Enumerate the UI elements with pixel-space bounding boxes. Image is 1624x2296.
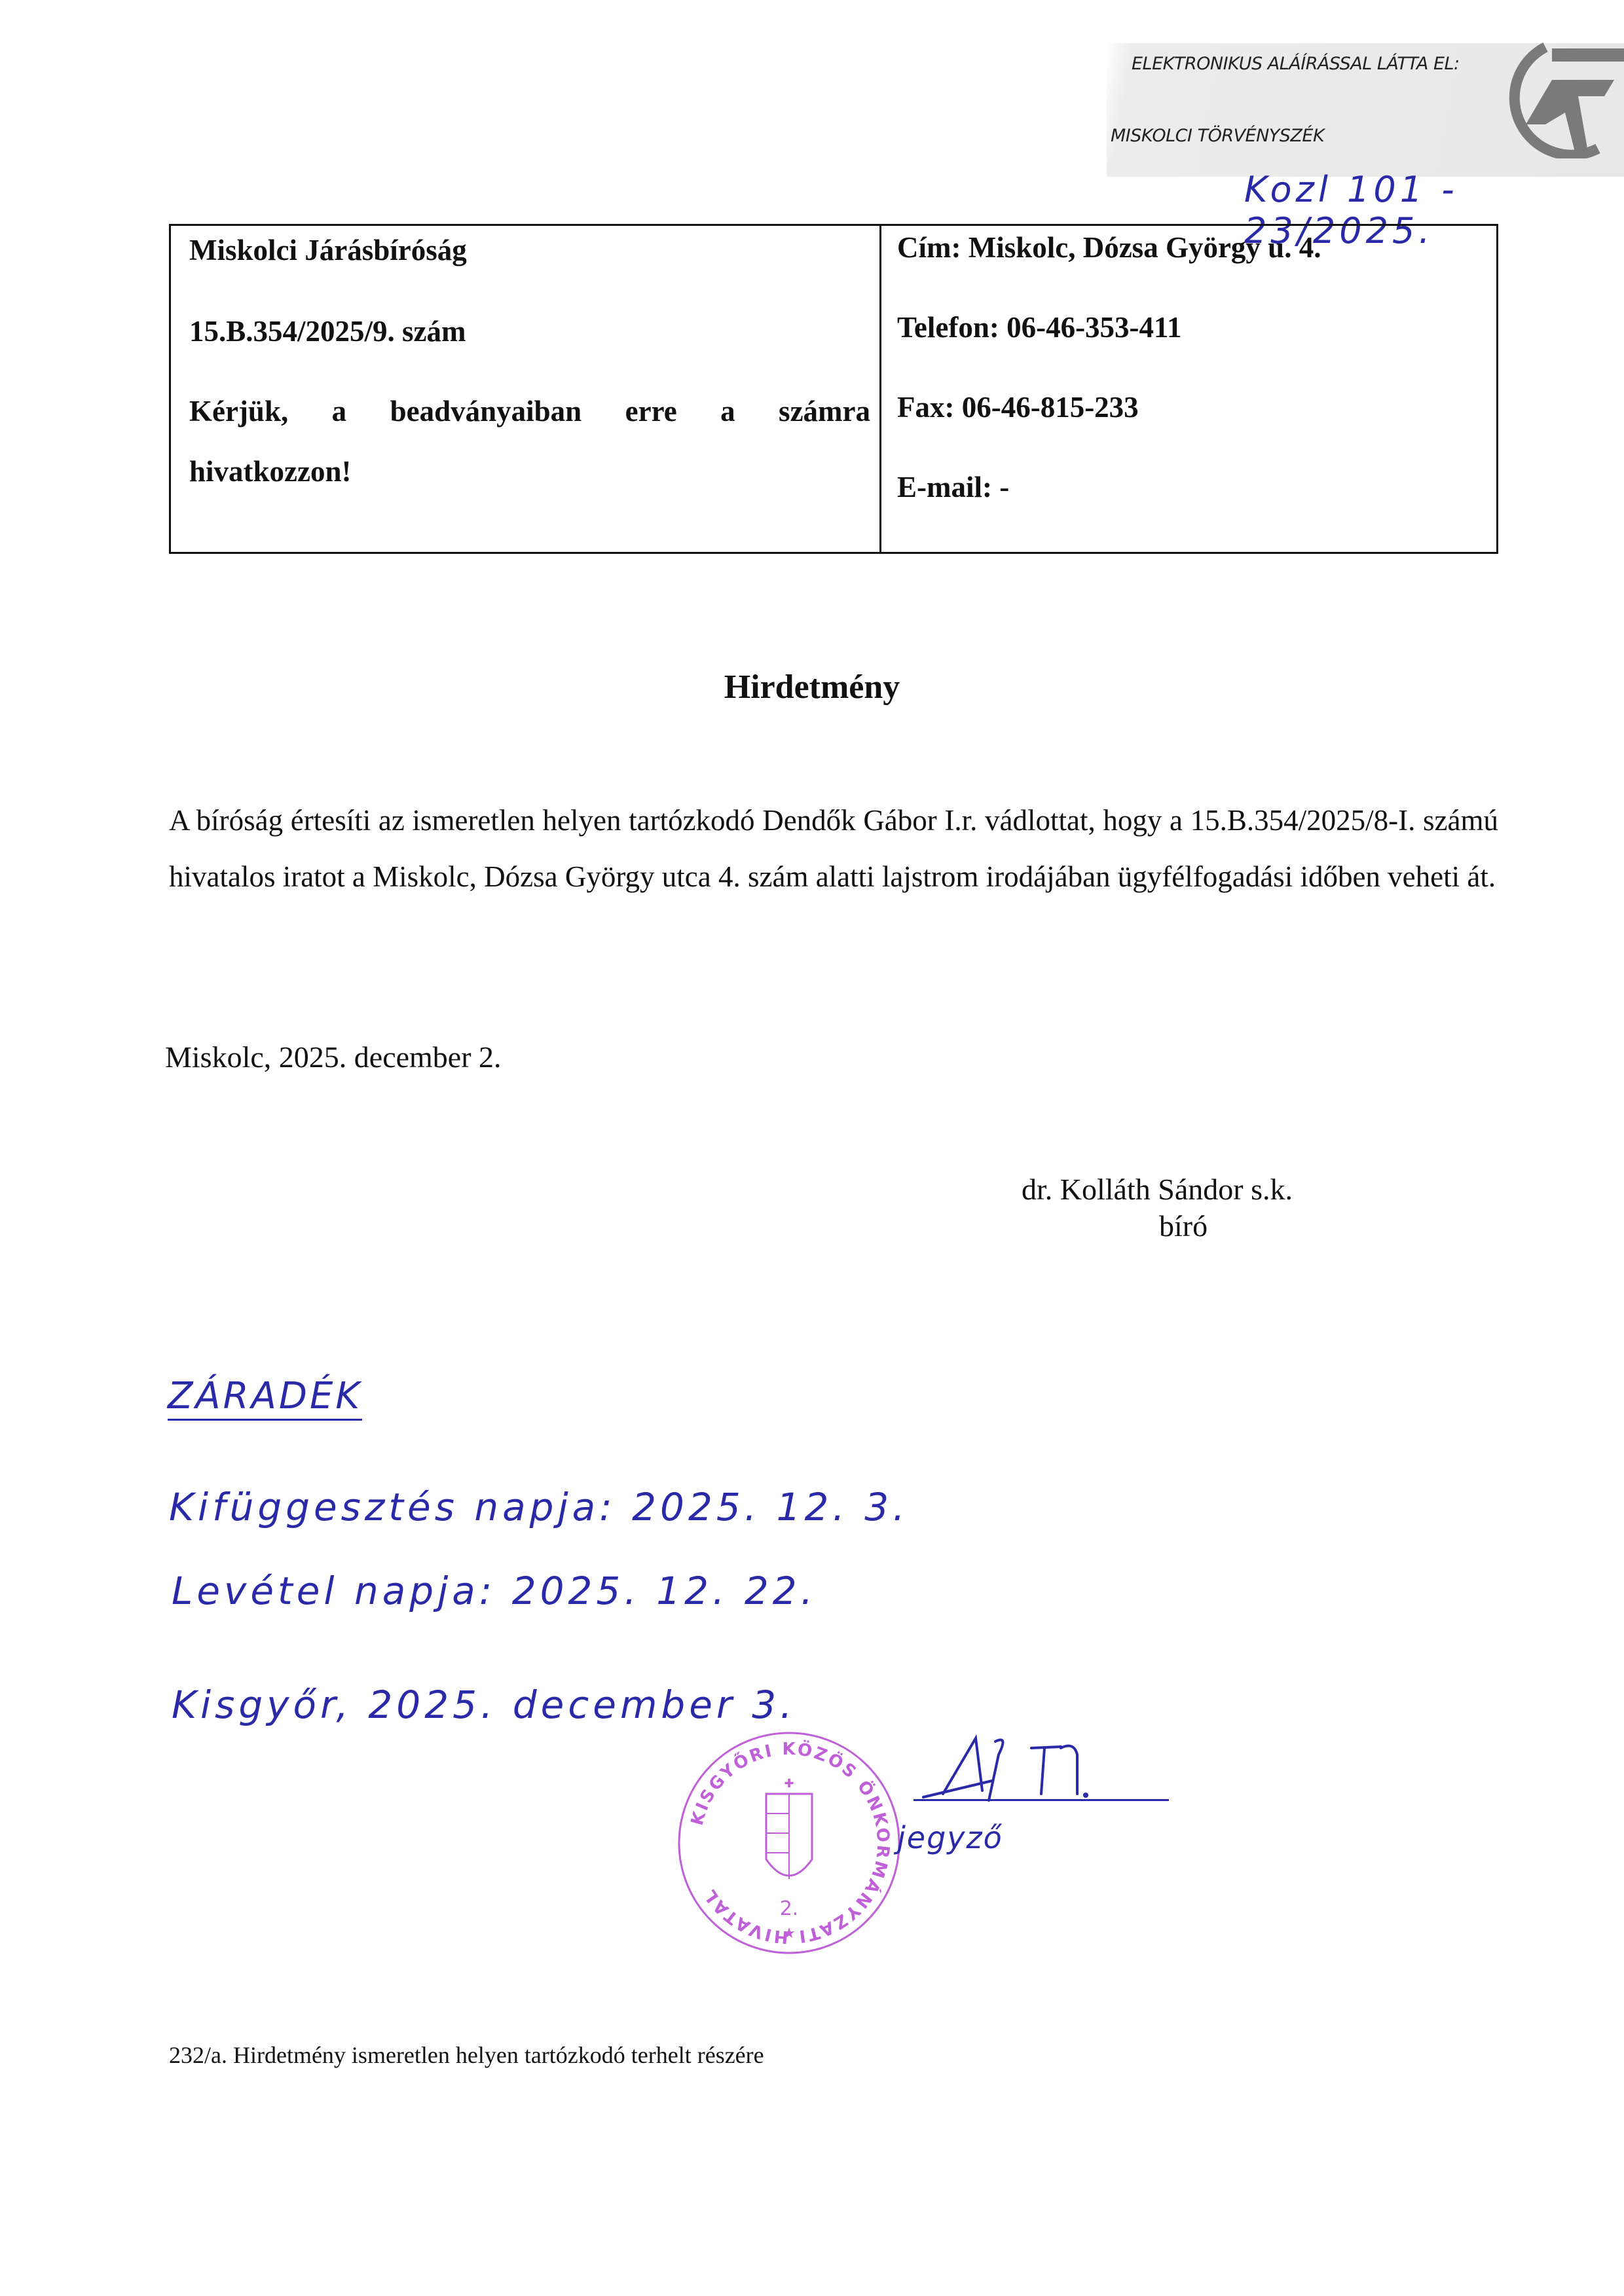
court-fax: Fax: 06-46-815-233 bbox=[897, 390, 1139, 425]
removal-date: Levétel napja: 2025. 12. 22. bbox=[172, 1569, 817, 1613]
court-name: Miskolci Járásbíróság bbox=[189, 232, 467, 268]
svg-text:2.: 2. bbox=[780, 1897, 799, 1920]
svg-text:★: ★ bbox=[783, 1925, 796, 1941]
signature-line bbox=[913, 1799, 1169, 1801]
signature-scribble-icon bbox=[917, 1728, 1166, 1807]
issue-date: Miskolc, 2025. december 2. bbox=[165, 1040, 502, 1074]
reference-note-cont: hivatkozzon! bbox=[189, 454, 352, 489]
posting-date: Kifüggesztés napja: 2025. 12. 3. bbox=[169, 1485, 909, 1529]
reference-note: Kérjük, a beadványaiban erre a számra bbox=[189, 393, 870, 429]
signer-title: bíró bbox=[1159, 1209, 1208, 1243]
notice-body: A bíróság értesíti az ismeretlen helyen … bbox=[169, 792, 1498, 905]
e-signature-authority: MISKOLCI TÖRVÉNYSZÉK bbox=[1111, 126, 1324, 146]
endorsement-title: ZÁRADÉK bbox=[168, 1375, 362, 1421]
court-address: Cím: Miskolc, Dózsa György u. 4. bbox=[897, 230, 1321, 265]
endorsement-place-date: Kisgyőr, 2025. december 3. bbox=[172, 1683, 796, 1727]
header-right-cell: Cím: Miskolc, Dózsa György u. 4. Telefon… bbox=[881, 226, 1496, 552]
svg-text:✚: ✚ bbox=[784, 1777, 794, 1790]
case-number: 15.B.354/2025/9. szám bbox=[189, 314, 466, 349]
e-signature-label: ELEKTRONIKUS ALÁÍRÁSSAL LÁTTA EL: bbox=[1132, 54, 1460, 74]
form-reference: 232/a. Hirdetmény ismeretlen helyen tart… bbox=[169, 2041, 764, 2069]
header-table: Miskolci Járásbíróság 15.B.354/2025/9. s… bbox=[169, 224, 1498, 554]
signer-role: jegyző bbox=[897, 1820, 1003, 1855]
signer-name: dr. Kolláth Sándor s.k. bbox=[1022, 1172, 1293, 1207]
header-left-cell: Miskolci Járásbíróság 15.B.354/2025/9. s… bbox=[171, 226, 881, 552]
document-title: Hirdetmény bbox=[0, 668, 1624, 706]
court-phone: Telefon: 06-46-353-411 bbox=[897, 310, 1182, 345]
court-logo-icon bbox=[1500, 41, 1624, 158]
court-email: E-mail: - bbox=[897, 469, 1009, 505]
official-stamp-icon: KISGYŐRI KÖZÖS ÖNKORMÁNYZATI HIVATAL ✚ 2… bbox=[674, 1728, 904, 1958]
